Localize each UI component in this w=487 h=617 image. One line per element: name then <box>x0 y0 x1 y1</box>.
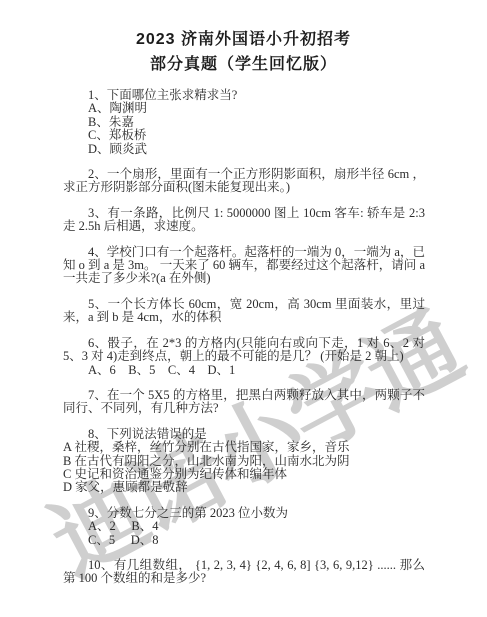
questions-list: 1、下面哪位主张求精求当?A、陶渊明B、朱嘉C、郑板桥D、顾炎武2、一个扇形，里… <box>63 89 425 586</box>
question-block: 5、一个长方体长 60cm，宽 20cm，高 30cm 里面装水，里过来，a 到… <box>63 298 425 325</box>
question-text: 7、在一个 5X5 的方格里，把黑白两颗籽放入其中，两颗子不同行、不同列，有几种… <box>63 389 425 416</box>
page-subtitle: 部分真题（学生回忆版） <box>0 52 487 77</box>
question-block: 1、下面哪位主张求精求当?A、陶渊明B、朱嘉C、郑板桥D、顾炎武 <box>63 89 425 156</box>
question-option: A 社稷，桑梓，丝竹分别在古代指国家，家乡，音乐 <box>63 441 425 454</box>
question-block: 10、有几组数组， {1, 2, 3, 4} {2, 4, 6, 8] {3, … <box>63 559 425 586</box>
question-block: 3、有一条路，比例尺 1: 5000000 图上 10cm 客车: 轿车是 2:… <box>63 207 425 234</box>
question-option: A、陶渊明 <box>63 102 425 115</box>
question-option: D、顾炎武 <box>63 143 425 156</box>
question-text: 6、骰子，在 2*3 的方格内(只能向右或向下走，1 对 6、2 对 5、3 对… <box>63 337 425 364</box>
exam-paper-page: 迪诺小学通 2023 济南外国语小升初招考 部分真题（学生回忆版） 1、下面哪位… <box>0 0 487 617</box>
question-text: 5、一个长方体长 60cm，宽 20cm，高 30cm 里面装水，里过来，a 到… <box>63 298 425 325</box>
question-option: C、5 D、8 <box>63 534 425 547</box>
question-option: C、郑板桥 <box>63 129 425 142</box>
question-text: 1、下面哪位主张求精求当? <box>63 89 425 102</box>
question-block: 4、学校门口有一个起落杆。起落杆的一端为 0，一端为 a，已知 o 到 a 是 … <box>63 246 425 286</box>
question-option: B 在古代有阴阳之分，山北水南为阳，山南水北为阴 <box>63 455 425 468</box>
question-block: 8、下列说法错误的是A 社稷，桑梓，丝竹分别在古代指国家，家乡，音乐B 在古代有… <box>63 428 425 495</box>
question-block: 2、一个扇形，里面有一个正方形阴影面积，扇形半径 6cm ，求正方形阴影部分面积… <box>63 168 425 195</box>
question-text: 3、有一条路，比例尺 1: 5000000 图上 10cm 客车: 轿车是 2:… <box>63 207 425 234</box>
question-block: 7、在一个 5X5 的方格里，把黑白两颗籽放入其中，两颗子不同行、不同列，有几种… <box>63 389 425 416</box>
question-option: D 家父，惠顾都是敬辞 <box>63 481 425 494</box>
question-option: A、2 B、4 <box>63 520 425 533</box>
question-text: 2、一个扇形，里面有一个正方形阴影面积，扇形半径 6cm ，求正方形阴影部分面积… <box>63 168 425 195</box>
question-block: 6、骰子，在 2*3 的方格内(只能向右或向下走，1 对 6、2 对 5、3 对… <box>63 337 425 377</box>
question-block: 9、分数七分之三的第 2023 位小数为A、2 B、4C、5 D、8 <box>63 507 425 547</box>
question-text: 10、有几组数组， {1, 2, 3, 4} {2, 4, 6, 8] {3, … <box>63 559 425 586</box>
question-text: 9、分数七分之三的第 2023 位小数为 <box>63 507 425 520</box>
page-content: 2023 济南外国语小升初招考 部分真题（学生回忆版） 1、下面哪位主张求精求当… <box>0 0 487 586</box>
question-text: 4、学校门口有一个起落杆。起落杆的一端为 0，一端为 a，已知 o 到 a 是 … <box>63 246 425 286</box>
page-title: 2023 济南外国语小升初招考 <box>0 27 487 52</box>
question-option: A、6 B、5 C、4 D、1 <box>63 364 425 377</box>
title-block: 2023 济南外国语小升初招考 部分真题（学生回忆版） <box>0 0 487 77</box>
